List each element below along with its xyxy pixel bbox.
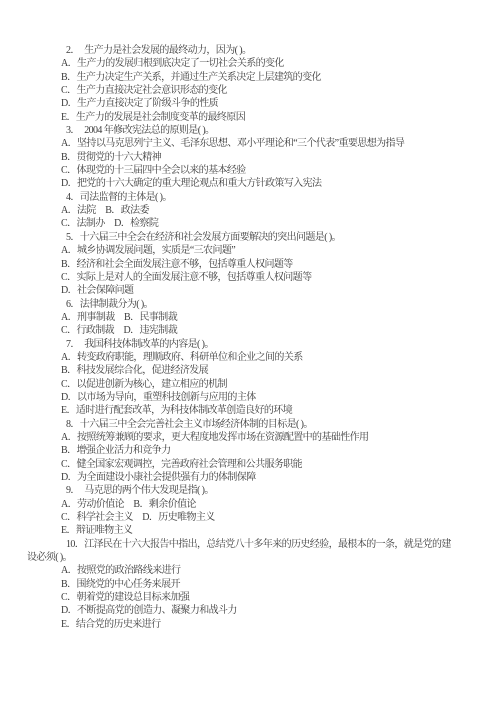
- question-option: D．把党的十六大确定的重大理论观点和重大方针政策写入宪法: [27, 177, 457, 190]
- question-option: A．刑事制裁 B．民事制裁: [27, 311, 457, 324]
- question-option: D．不断提高党的创造力、凝聚力和战斗力: [27, 604, 457, 617]
- question-option: A．城乡协调发展问题，实质是“三农问题”: [27, 244, 457, 257]
- question-option: C．体现党的十三届四中全会以来的基本经验: [27, 164, 457, 177]
- question-option: D．以市场为导向，重塑科技创新与应用的主体: [27, 391, 457, 404]
- question-option: B．经济和社会全面发展注意不够，包括尊重人权问题等: [27, 258, 457, 271]
- question-option: D．生产力直接决定了阶级斗争的性质: [27, 97, 457, 110]
- question-option: B．增强企业活力和竞争力: [27, 444, 457, 457]
- question-stem: 6．法律制裁分为( )。: [27, 298, 457, 311]
- question-option: C．生产力直接决定社会意识形态的变化: [27, 84, 457, 97]
- question-option: C．实际上是对人的全面发展注意不够，包括尊重人权问题等: [27, 271, 457, 284]
- question-stem: 4．司法监督的主体是( )。: [27, 191, 457, 204]
- question-option: A．坚持以马克思列宁主义、毛泽东思想、邓小平理论和“三个代表”重要思想为指导: [27, 137, 457, 150]
- question-option: A．劳动价值论 B．剩余价值论: [27, 498, 457, 511]
- question-option: E．辩证唯物主义: [27, 524, 457, 537]
- question-option: C．行政制裁 D．违宪制裁: [27, 324, 457, 337]
- question-option: B．贯彻党的十六大精神: [27, 151, 457, 164]
- question-option: C．科学社会主义 D．历史唯物主义: [27, 511, 457, 524]
- question-stem: 8．十六届三中全会完善社会主义市场经济体制的目标是( )。: [27, 418, 457, 431]
- question-option: A．按照统筹兼顾的要求，更大程度地发挥市场在资源配置中的基础性作用: [27, 431, 457, 444]
- question-option: E．适时进行配套改革，为科技体制改革创造良好的环境: [27, 404, 457, 417]
- question-option: E．结合党的历史来进行: [27, 618, 457, 631]
- question-option: C．以促进创新为核心，建立相应的机制: [27, 378, 457, 391]
- question-option: C．朝着党的建设总目标来加强: [27, 591, 457, 604]
- question-option: C．法制办 D．检察院: [27, 217, 457, 230]
- question-option: E．生产力的发展是社会制度变革的最终原因: [27, 111, 457, 124]
- question-option: C．健全国家宏观调控，完善政府社会管理和公共服务职能: [27, 458, 457, 471]
- question-option: D．为全面建设小康社会提供强有力的体制保障: [27, 471, 457, 484]
- question-option: B．科技发展综合化，促进经济发展: [27, 364, 457, 377]
- question-option: B．生产力决定生产关系，并通过生产关系决定上层建筑的变化: [27, 71, 457, 84]
- question-option: D．社会保障问题: [27, 284, 457, 297]
- question-option: A．法院 B．政法委: [27, 204, 457, 217]
- question-option: A．生产力的发展归根到底决定了一切社会关系的变化: [27, 57, 457, 70]
- question-stem: 5．十六届三中全会在经济和社会发展方面要解决的突出问题是( )。: [27, 231, 457, 244]
- exam-questions: 2． 生产力是社会发展的最终动力，因为( )。A．生产力的发展归根到底决定了一切…: [0, 0, 499, 631]
- document-page: 2． 生产力是社会发展的最终动力，因为( )。A．生产力的发展归根到底决定了一切…: [0, 0, 499, 706]
- question-stem: 9． 马克思的两个伟大发现是指( )。: [27, 484, 457, 497]
- question-option: A．按照党的政治路线来进行: [27, 564, 457, 577]
- question-stem: 10．江泽民在十六大报告中指出，总结党八十多年来的历史经验，最根本的一条，就是党…: [27, 538, 457, 565]
- question-option: A．转变政府职能，理顺政府、科研单位和企业之间的关系: [27, 351, 457, 364]
- question-option: B．围绕党的中心任务来展开: [27, 578, 457, 591]
- question-stem: 7． 我国科技体制改革的内容是( )。: [27, 338, 457, 351]
- question-stem: 3． 2004 年修改宪法总的原则是( )。: [27, 124, 457, 137]
- question-stem: 2． 生产力是社会发展的最终动力，因为( )。: [27, 44, 457, 57]
